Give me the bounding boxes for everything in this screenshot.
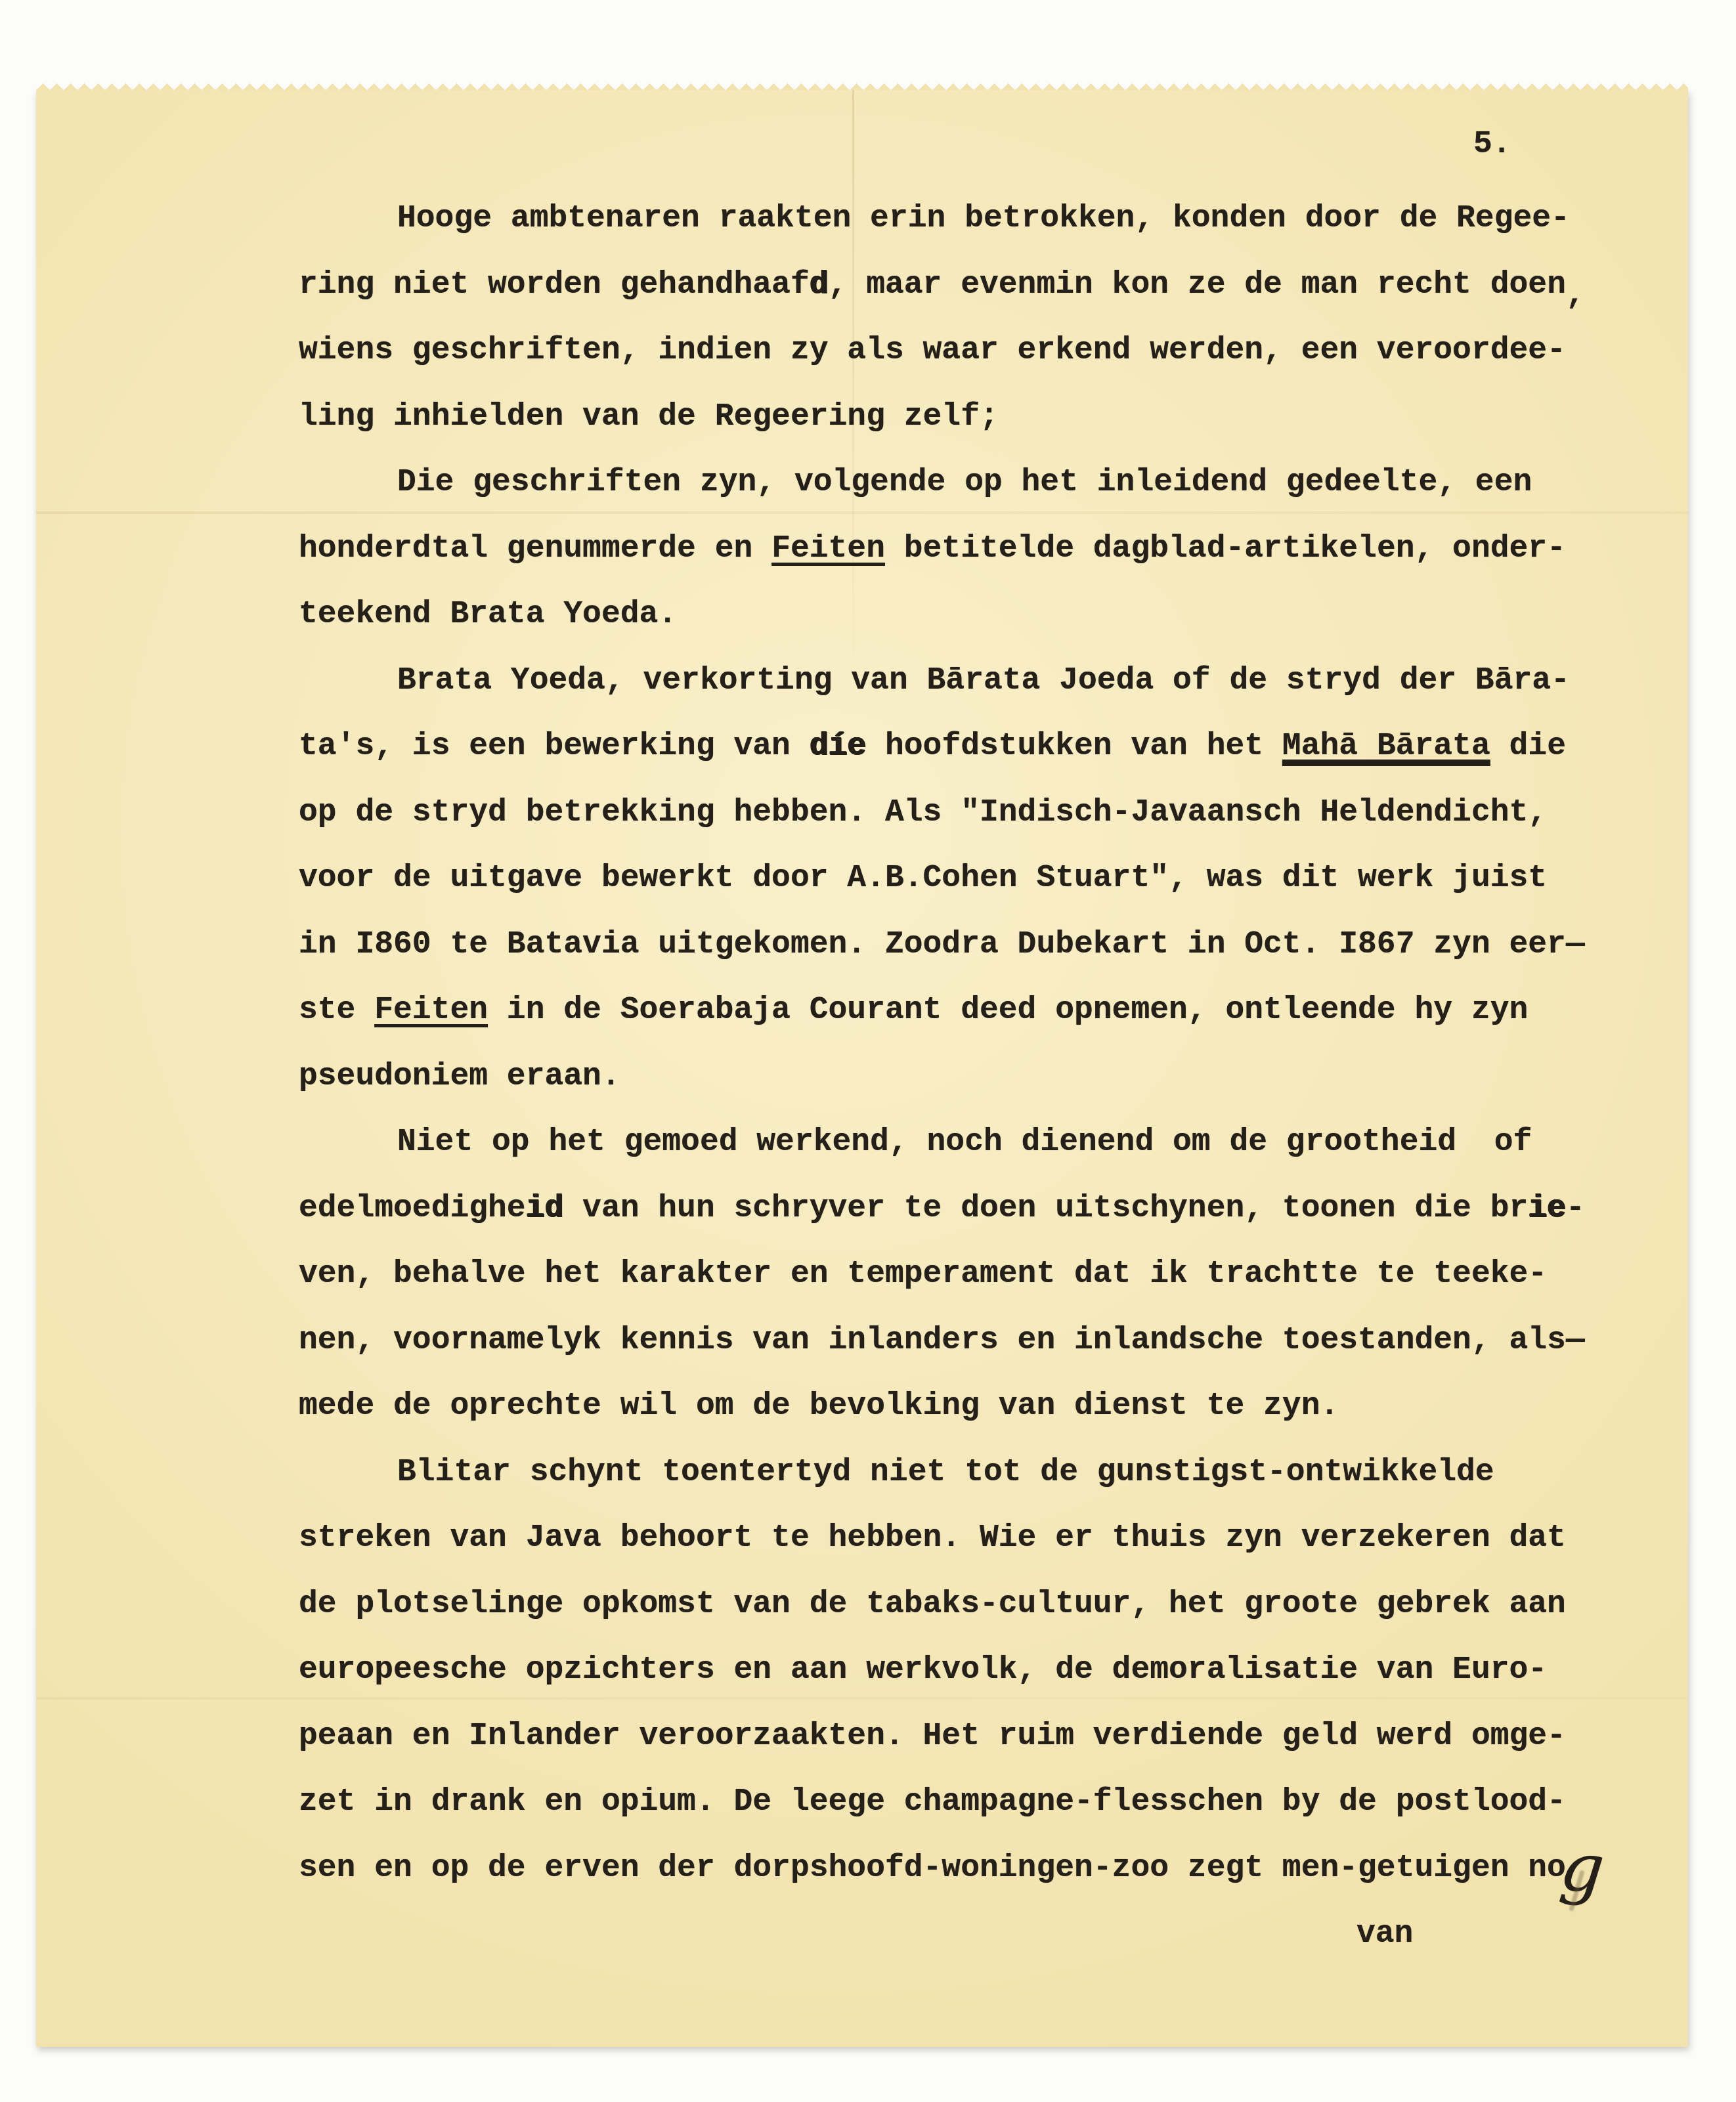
typed-line: mede de oprechte wil om de bevolking van… bbox=[299, 1373, 1691, 1440]
typed-line: streken van Java behoort te hebben. Wie … bbox=[299, 1505, 1691, 1572]
typed-line: pseudoniem eraan. bbox=[299, 1044, 1691, 1110]
text-segment: d bbox=[810, 267, 829, 303]
text-segment: Feiten bbox=[771, 531, 885, 567]
text-segment: Blitar schynt toentertyd niet tot de gun… bbox=[397, 1455, 1494, 1490]
text-segment: zet in drank en opium. De leege champagn… bbox=[299, 1784, 1566, 1820]
text-segment: die bbox=[1490, 729, 1566, 764]
text-segment: sen en op de erven der dorpshoofd-woning… bbox=[299, 1851, 1566, 1886]
text-segment: , bbox=[1566, 277, 1585, 312]
text-segment: de plotselinge opkomst van de tabaks-cul… bbox=[299, 1587, 1566, 1622]
text-segment: ling inhielden van de Regeering zelf; bbox=[299, 399, 999, 435]
text-segment: teekend Brata Yoeda. bbox=[299, 597, 677, 632]
text-segment: op de stryd betrekking hebben. Als "Indi… bbox=[299, 795, 1547, 830]
typed-line: sen en op de erven der dorpshoofd-woning… bbox=[299, 1835, 1691, 1902]
text-segment: honderdtal genummerde en bbox=[299, 531, 771, 567]
typed-line: Blitar schynt toentertyd niet tot de gun… bbox=[299, 1440, 1691, 1506]
typed-line: in I860 te Batavia uitgekomen. Zoodra Du… bbox=[299, 912, 1691, 978]
typed-line: teekend Brata Yoeda. bbox=[299, 582, 1691, 648]
text-segment: ven, behalve het karakter en temperament… bbox=[299, 1256, 1547, 1292]
typed-line: peaan en Inlander veroorzaakten. Het rui… bbox=[299, 1704, 1691, 1770]
text-segment: pseudoniem eraan. bbox=[299, 1059, 620, 1094]
typed-line: op de stryd betrekking hebben. Als "Indi… bbox=[299, 780, 1691, 846]
text-segment: hoofdstukken van het bbox=[866, 729, 1282, 764]
text-segment: europeesche opzichters en aan werkvolk, … bbox=[299, 1652, 1547, 1688]
catchword: van bbox=[1356, 1901, 1413, 1967]
text-segment: - bbox=[1566, 1191, 1585, 1226]
typed-line: edelmoedigheid van hun schryver te doen … bbox=[299, 1176, 1691, 1242]
text-segment: wiens geschriften, indien zy als waar er… bbox=[299, 333, 1566, 368]
text-segment: Mahā Bārata bbox=[1282, 729, 1490, 764]
text-segment: ie bbox=[1528, 1191, 1566, 1226]
handwritten-g: g bbox=[1561, 1866, 1604, 1870]
typed-line: ste Feiten in de Soerabaja Courant deed … bbox=[299, 977, 1691, 1044]
text-segment: voor de uitgave bewerkt door A.B.Cohen S… bbox=[299, 861, 1547, 896]
typed-line: zet in drank en opium. De leege champagn… bbox=[299, 1769, 1691, 1835]
typed-line: de plotselinge opkomst van de tabaks-cul… bbox=[299, 1572, 1691, 1638]
text-segment: id bbox=[526, 1191, 564, 1226]
text-segment: in de Soerabaja Courant deed opnemen, on… bbox=[488, 993, 1528, 1028]
scanned-document-page: 5. Hooge ambtenaren raakten erin betrokk… bbox=[0, 0, 1736, 2102]
text-segment: Die geschriften zyn, volgende op het inl… bbox=[397, 465, 1532, 500]
typed-line: honderdtal genummerde en Feiten betiteld… bbox=[299, 516, 1691, 582]
typed-line: Brata Yoeda, verkorting van Bārata Joeda… bbox=[299, 648, 1691, 714]
typed-line: ta's, is een bewerking van díe hoofdstuk… bbox=[299, 714, 1691, 780]
text-block: Hooge ambtenaren raakten erin betrokken,… bbox=[299, 186, 1691, 1901]
text-segment: , maar evenmin kon ze de man recht doen bbox=[829, 267, 1566, 303]
typed-line: europeesche opzichters en aan werkvolk, … bbox=[299, 1637, 1691, 1704]
text-segment: ring niet worden gehandhaaf bbox=[299, 267, 810, 303]
text-segment: in I860 te Batavia uitgekomen. Zoodra Du… bbox=[299, 927, 1585, 962]
typed-line: Niet op het gemoed werkend, noch dienend… bbox=[299, 1109, 1691, 1176]
typed-line: Hooge ambtenaren raakten erin betrokken,… bbox=[299, 186, 1691, 252]
text-segment: Niet op het gemoed werkend, noch dienend… bbox=[397, 1125, 1532, 1160]
page-number: 5. bbox=[1473, 127, 1511, 162]
text-segment: van hun schryver te doen uitschynen, too… bbox=[563, 1191, 1528, 1226]
text-segment: díe bbox=[810, 729, 866, 764]
text-segment: Brata Yoeda, verkorting van Bārata Joeda… bbox=[397, 663, 1570, 698]
text-segment: ta's, is een bewerking van bbox=[299, 729, 810, 764]
text-segment: mede de oprechte wil om de bevolking van… bbox=[299, 1388, 1339, 1424]
typed-line: ring niet worden gehandhaafd, maar evenm… bbox=[299, 252, 1691, 318]
typed-line: voor de uitgave bewerkt door A.B.Cohen S… bbox=[299, 846, 1691, 912]
typed-line: ling inhielden van de Regeering zelf; bbox=[299, 384, 1691, 450]
text-segment: betitelde dagblad-artikelen, onder- bbox=[885, 531, 1566, 567]
text-segment: edelmoedighe bbox=[299, 1191, 526, 1226]
typed-line: Die geschriften zyn, volgende op het inl… bbox=[299, 450, 1691, 516]
typed-line: ven, behalve het karakter en temperament… bbox=[299, 1241, 1691, 1308]
text-segment: Feiten bbox=[374, 993, 488, 1028]
text-segment: streken van Java behoort te hebben. Wie … bbox=[299, 1520, 1566, 1556]
text-segment: Hooge ambtenaren raakten erin betrokken,… bbox=[397, 201, 1570, 236]
text-segment: nen, voornamelyk kennis van inlanders en… bbox=[299, 1323, 1585, 1358]
typed-line: nen, voornamelyk kennis van inlanders en… bbox=[299, 1308, 1691, 1374]
typed-line: wiens geschriften, indien zy als waar er… bbox=[299, 318, 1691, 384]
text-segment: ste bbox=[299, 993, 374, 1028]
text-segment: peaan en Inlander veroorzaakten. Het rui… bbox=[299, 1719, 1566, 1754]
